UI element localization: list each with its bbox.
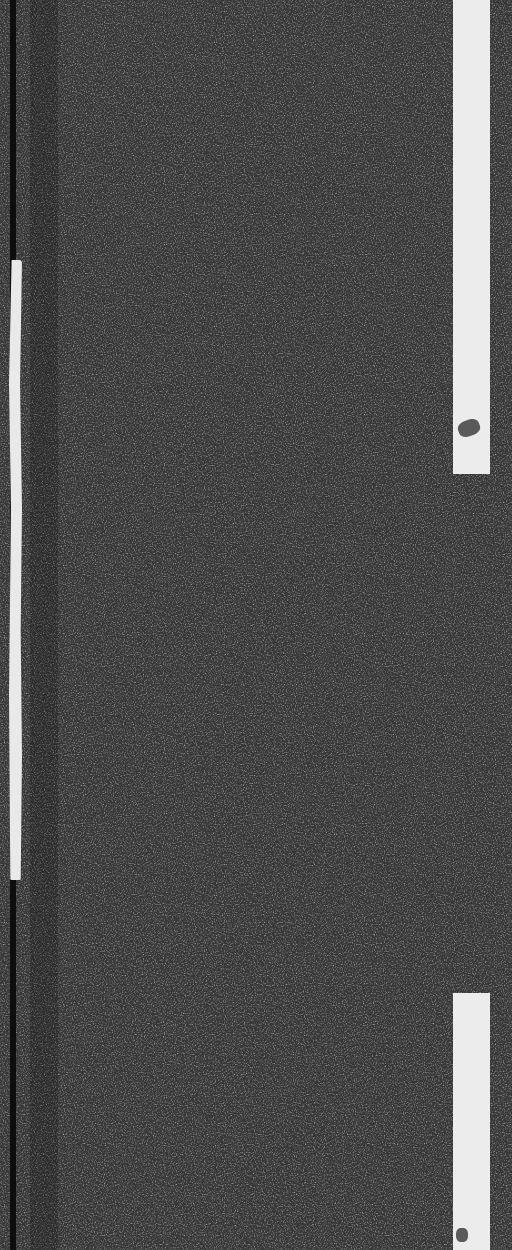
asphalt-texture [0, 0, 512, 1250]
left-edge-line [9, 260, 22, 880]
road-shoulder-band [30, 0, 58, 1250]
road-surface [0, 0, 512, 1250]
right-lane-dash-1 [453, 0, 490, 474]
marking-wear-patch [456, 1228, 468, 1242]
right-lane-dash-2 [453, 993, 490, 1250]
